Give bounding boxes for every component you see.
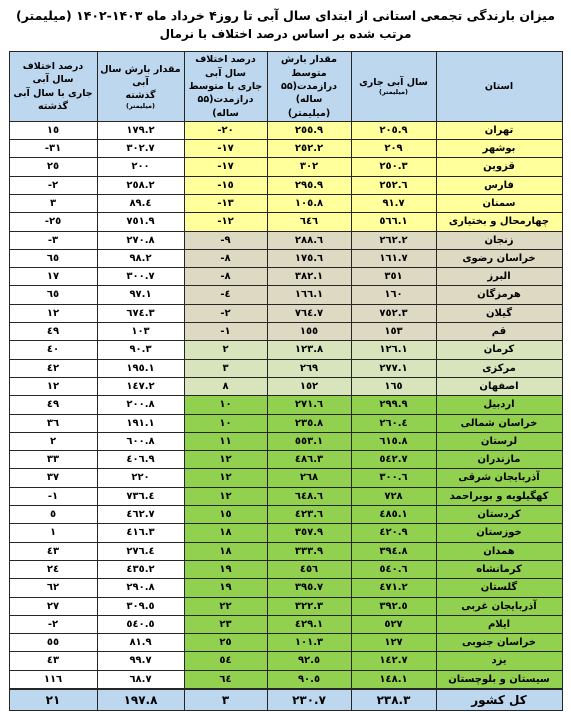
cell-diff-prev: ٢: [9, 432, 97, 450]
cell-province: لرستان: [436, 432, 562, 450]
cell-diff-longterm: ١٢: [184, 451, 267, 469]
table-row: البرز٣٥١٣٨٢.١-٨٣٠٠.٧١٧: [9, 268, 562, 286]
table-row: خراسان رضوی١٦١.٧١٧٥.٦-٨٩٨.٢٦٥: [9, 249, 562, 267]
total-diff-previous-year: ٢١: [9, 689, 97, 711]
cell-prev-year: ٩٠.٣: [97, 341, 184, 359]
cell-province: البرز: [436, 268, 562, 286]
report-titles: میزان بارندگی تجمعی استانی از ابتدای سال…: [0, 0, 571, 44]
cell-diff-prev: -٢: [9, 615, 97, 633]
cell-diff-prev: ٤٩: [9, 396, 97, 414]
cell-diff-longterm: ١٢: [184, 469, 267, 487]
total-previous-year: ١٩٧.٨: [97, 689, 184, 711]
table-row: هرمزگان١٦٠١٦٦.١-٤٩٧.١٦٥: [9, 286, 562, 304]
cell-current: ١٤٨.١: [351, 670, 436, 689]
table-row: قزوین٢٥٠.٣٣٠٢-١٧٢٠٠٢٥: [9, 158, 562, 176]
cell-province: تهران: [436, 121, 562, 139]
cell-current: ١٦٥: [351, 377, 436, 395]
cell-diff-longterm: ١٨: [184, 542, 267, 560]
table-row: کردستان٤٨٥.١٤٢٣.٦١٥٤٦٢.٧٥: [9, 506, 562, 524]
cell-longterm: ٦٤٨.٦: [267, 487, 351, 505]
cell-diff-longterm: -١٧: [184, 158, 267, 176]
cell-province: گلستان: [436, 579, 562, 597]
col-header-current-year: سال آبی جاری (میلیمتر): [351, 52, 436, 121]
cell-longterm: ١٠١.٣: [267, 634, 351, 652]
cell-diff-longterm: -١٧: [184, 140, 267, 158]
cell-diff-prev: ١٢: [9, 304, 97, 322]
cell-province: ایلام: [436, 615, 562, 633]
table-row: مرکزی٢٧٧.١٢٦٩٣١٩٥.١٤٢: [9, 359, 562, 377]
cell-diff-longterm: ١٩: [184, 579, 267, 597]
cell-province: سمنان: [436, 194, 562, 212]
cell-prev-year: ٢٠٠.٨: [97, 396, 184, 414]
cell-current: ٣٠٠.٦: [351, 469, 436, 487]
cell-diff-prev: ٢٥: [9, 158, 97, 176]
cell-prev-year: ٩٨.٢: [97, 249, 184, 267]
total-diff-longterm: ٣: [184, 689, 267, 711]
cell-province: فارس: [436, 176, 562, 194]
cell-diff-longterm: ١٥: [184, 506, 267, 524]
col-header-diff-previous-year: درصد اختلاف سال آبی جاری با سال آبی گذشت…: [9, 52, 97, 121]
cell-prev-year: ٣٠٩.٥: [97, 597, 184, 615]
cell-longterm: ٣٠٢: [267, 158, 351, 176]
cell-province: قزوین: [436, 158, 562, 176]
cell-longterm: ٣٩٥.٧: [267, 579, 351, 597]
cell-prev-year: ٣٠٠.٧: [97, 268, 184, 286]
cell-prev-year: ٩٧.١: [97, 286, 184, 304]
rainfall-table: استان سال آبی جاری (میلیمتر) مقدار بارش …: [9, 51, 563, 711]
cell-current: ٢٥٢.٦: [351, 176, 436, 194]
table-row: همدان٣٩٤.٨٣٣٣.٩١٨٢٧٦.٤٤٣: [9, 542, 562, 560]
table-header: استان سال آبی جاری (میلیمتر) مقدار بارش …: [9, 52, 562, 121]
cell-prev-year: ٥٤٠.٥: [97, 615, 184, 633]
cell-diff-prev: ٢٧: [9, 597, 97, 615]
cell-prev-year: ٨٩.٤: [97, 194, 184, 212]
cell-longterm: ٢٨٨.٦: [267, 231, 351, 249]
cell-diff-prev: ٤٢: [9, 359, 97, 377]
cell-diff-longterm: -١٣: [184, 194, 267, 212]
cell-longterm: ٦٤٦: [267, 213, 351, 231]
cell-prev-year: ١٩١.١: [97, 414, 184, 432]
cell-province: کهگیلویه و بویراحمد: [436, 487, 562, 505]
cell-diff-prev: ٦٥: [9, 286, 97, 304]
table-row: فارس٢٥٢.٦٢٩٥.٩-١٥٢٥٨.٢-٢: [9, 176, 562, 194]
cell-longterm: ١٥٢: [267, 377, 351, 395]
cell-diff-longterm: -٩: [184, 231, 267, 249]
cell-current: ٢٦٠.٤: [351, 414, 436, 432]
cell-prev-year: ٢٢٠: [97, 469, 184, 487]
cell-current: ٣٥١: [351, 268, 436, 286]
table-row: کرمانشاه٥٤٠.٦٤٥٦١٩٤٣٥.٢٢٤: [9, 560, 562, 578]
cell-longterm: ٩٢.٥: [267, 652, 351, 670]
table-row: اصفهان١٦٥١٥٢٨١٤٧.٢١٢: [9, 377, 562, 395]
cell-prev-year: ١٠٣: [97, 323, 184, 341]
table-row: زنجان٢٦٢.٢٢٨٨.٦-٩٢٧٠.٨-٣: [9, 231, 562, 249]
cell-prev-year: ٧٣٦.٤: [97, 487, 184, 505]
table-row: کرمان١٢٦.١١٢٣.٨٢٩٠.٣٤٠: [9, 341, 562, 359]
cell-prev-year: ٦٨.٧: [97, 670, 184, 689]
cell-diff-prev: -٣١: [9, 140, 97, 158]
cell-province: آذربایجان غربی: [436, 597, 562, 615]
cell-prev-year: ٢٧٦.٤: [97, 542, 184, 560]
cell-longterm: ٧٦٤.٧: [267, 304, 351, 322]
table-row: آذربایجان شرقی٣٠٠.٦٢٦٨١٢٢٢٠٣٧: [9, 469, 562, 487]
cell-prev-year: ١٧٩.٢: [97, 121, 184, 139]
table-row: چهارمحال و بختیاری٥٦٦.١٦٤٦-١٢٧٥١.٩-٢٥: [9, 213, 562, 231]
cell-diff-longterm: ٢٥: [184, 634, 267, 652]
cell-current: ٣٩٢.٥: [351, 597, 436, 615]
cell-diff-prev: -١: [9, 487, 97, 505]
cell-diff-prev: ٤٩: [9, 323, 97, 341]
cell-diff-longterm: ٢: [184, 341, 267, 359]
cell-prev-year: ٢٧٠.٨: [97, 231, 184, 249]
cell-province: خوزستان: [436, 524, 562, 542]
cell-diff-longterm: ١٢: [184, 487, 267, 505]
cell-prev-year: ٢٩٠.٨: [97, 579, 184, 597]
cell-province: همدان: [436, 542, 562, 560]
table-footer: کل کشور ٢٣٨.٣ ٢٣٠.٧ ٣ ١٩٧.٨ ٢١: [9, 689, 562, 711]
cell-diff-longterm: ٥٤: [184, 652, 267, 670]
cell-current: ٢٧٧.١: [351, 359, 436, 377]
table-row: تهران٢٠٥.٩٢٥٥.٩-٢٠١٧٩.٢١٥: [9, 121, 562, 139]
cell-longterm: ١٠٥.٨: [267, 194, 351, 212]
cell-diff-prev: ١٧: [9, 268, 97, 286]
cell-current: ١٢٧: [351, 634, 436, 652]
cell-prev-year: ٧٥١.٩: [97, 213, 184, 231]
cell-current: ٢٠٥.٩: [351, 121, 436, 139]
cell-prev-year: ٤٠٦.٩: [97, 451, 184, 469]
cell-diff-longterm: -٤: [184, 286, 267, 304]
cell-current: ٢٦٢.٢: [351, 231, 436, 249]
cell-diff-longterm: ٢٢: [184, 597, 267, 615]
table-row: گلستان٤٧١.٢٣٩٥.٧١٩٢٩٠.٨٦٢: [9, 579, 562, 597]
cell-province: یزد: [436, 652, 562, 670]
table-row: قم١٥٣١٥٥-١١٠٣٤٩: [9, 323, 562, 341]
cell-diff-prev: ١٢: [9, 377, 97, 395]
page-subtitle: مرتب شده بر اساس درصد اختلاف با نرمال: [0, 25, 571, 44]
cell-province: کرمانشاه: [436, 560, 562, 578]
cell-longterm: ٣٣٣.٩: [267, 542, 351, 560]
cell-diff-longterm: ١٩: [184, 560, 267, 578]
cell-diff-prev: ٣٦: [9, 414, 97, 432]
cell-diff-prev: ٢٤: [9, 560, 97, 578]
total-row: کل کشور ٢٣٨.٣ ٢٣٠.٧ ٣ ١٩٧.٨ ٢١: [9, 689, 562, 711]
cell-current: ١٤٢.٧: [351, 652, 436, 670]
total-current-year: ٢٣٨.٣: [351, 689, 436, 711]
cell-province: سیستان و بلوچستان: [436, 670, 562, 689]
table-row: اردبیل٢٩٩.٩٢٧١.٦١٠٢٠٠.٨٤٩: [9, 396, 562, 414]
cell-diff-longterm: ١٠: [184, 396, 267, 414]
table-row: یزد١٤٢.٧٩٢.٥٥٤٩٩.٧٤٣: [9, 652, 562, 670]
cell-longterm: ٤٢٣.٦: [267, 506, 351, 524]
cell-current: ٧٥٢.٣: [351, 304, 436, 322]
table-row: خوزستان٤٢٠.٩٣٥٧.٩١٨٤١٦.٣١: [9, 524, 562, 542]
cell-longterm: ٣٨٢.١: [267, 268, 351, 286]
cell-prev-year: ٣٠٢.٧: [97, 140, 184, 158]
cell-province: مازندران: [436, 451, 562, 469]
cell-diff-prev: ٣: [9, 194, 97, 212]
cell-longterm: ٤٢٩.١: [267, 615, 351, 633]
cell-diff-longterm: ٣: [184, 359, 267, 377]
cell-prev-year: ٢٠٠: [97, 158, 184, 176]
cell-diff-prev: ٤٣: [9, 652, 97, 670]
table-row: سمنان٩١.٧١٠٥.٨-١٣٨٩.٤٣: [9, 194, 562, 212]
cell-longterm: ٣٥٧.٩: [267, 524, 351, 542]
table-row: مازندران٥٤٢.٧٤٨٦.٣١٢٤٠٦.٩٣٣: [9, 451, 562, 469]
cell-current: ٩١.٧: [351, 194, 436, 212]
cell-diff-longterm: ٦٤: [184, 670, 267, 689]
cell-current: ٥٤٢.٧: [351, 451, 436, 469]
cell-diff-longterm: ٢٣: [184, 615, 267, 633]
cell-province: بوشهر: [436, 140, 562, 158]
cell-diff-prev: ١١٦: [9, 670, 97, 689]
cell-prev-year: ٤٣٥.٢: [97, 560, 184, 578]
table-body: تهران٢٠٥.٩٢٥٥.٩-٢٠١٧٩.٢١٥بوشهر٢٠٩٢٥٢.٢-١…: [9, 121, 562, 689]
cell-province: گیلان: [436, 304, 562, 322]
cell-province: کردستان: [436, 506, 562, 524]
cell-province: اصفهان: [436, 377, 562, 395]
cell-longterm: ٢٣٥.٨: [267, 414, 351, 432]
cell-longterm: ٩٠.٥: [267, 670, 351, 689]
cell-diff-prev: ٣٧: [9, 469, 97, 487]
cell-current: ٤٢٠.٩: [351, 524, 436, 542]
cell-diff-prev: ٤٣: [9, 542, 97, 560]
cell-province: آذربایجان شرقی: [436, 469, 562, 487]
cell-longterm: ١٦٦.١: [267, 286, 351, 304]
cell-current: ٥٤٠.٦: [351, 560, 436, 578]
cell-current: ٥٢٧: [351, 615, 436, 633]
table-row: لرستان٦١٥.٨٥٥٣.١١١٦٠٠.٨٢: [9, 432, 562, 450]
cell-province: چهارمحال و بختیاری: [436, 213, 562, 231]
cell-current: ١٢٦.١: [351, 341, 436, 359]
cell-current: ١٦١.٧: [351, 249, 436, 267]
cell-prev-year: ٨١.٩: [97, 634, 184, 652]
cell-diff-prev: ١٥: [9, 121, 97, 139]
cell-diff-prev: ٥٥: [9, 634, 97, 652]
cell-diff-prev: ٣٣: [9, 451, 97, 469]
cell-diff-prev: ١: [9, 524, 97, 542]
cell-longterm: ٢٥٥.٩: [267, 121, 351, 139]
cell-prev-year: ٤١٦.٣: [97, 524, 184, 542]
cell-prev-year: ١٤٧.٢: [97, 377, 184, 395]
cell-prev-year: ٤٦٢.٧: [97, 506, 184, 524]
cell-diff-longterm: -٨: [184, 249, 267, 267]
cell-longterm: ٢٥٢.٢: [267, 140, 351, 158]
total-label: کل کشور: [436, 689, 562, 711]
table-row: بوشهر٢٠٩٢٥٢.٢-١٧٣٠٢.٧-٣١: [9, 140, 562, 158]
cell-diff-prev: -٢: [9, 176, 97, 194]
table-row: خراسان جنوبی١٢٧١٠١.٣٢٥٨١.٩٥٥: [9, 634, 562, 652]
cell-diff-longterm: ٨: [184, 377, 267, 395]
table-row: کهگیلویه و بویراحمد٧٢٨٦٤٨.٦١٢٧٣٦.٤-١: [9, 487, 562, 505]
cell-prev-year: ١٩٥.١: [97, 359, 184, 377]
col-header-longterm-average: مقدار بارش متوسط درازمدت(۵۵ ساله) (میلیم…: [267, 52, 351, 121]
report-page: میزان بارندگی تجمعی استانی از ابتدای سال…: [0, 0, 571, 712]
cell-diff-longterm: -١: [184, 323, 267, 341]
cell-province: قم: [436, 323, 562, 341]
table-row: آذربایجان غربی٣٩٢.٥٣٢٢.٣٢٢٣٠٩.٥٢٧: [9, 597, 562, 615]
cell-diff-longterm: -٢٠: [184, 121, 267, 139]
cell-prev-year: ٦٠٠.٨: [97, 432, 184, 450]
cell-current: ٢٠٩: [351, 140, 436, 158]
cell-province: اردبیل: [436, 396, 562, 414]
cell-longterm: ١٢٣.٨: [267, 341, 351, 359]
cell-current: ٧٢٨: [351, 487, 436, 505]
cell-current: ٢٥٠.٣: [351, 158, 436, 176]
cell-province: کرمان: [436, 341, 562, 359]
cell-diff-longterm: -٢: [184, 304, 267, 322]
cell-province: خراسان رضوی: [436, 249, 562, 267]
cell-current: ١٥٣: [351, 323, 436, 341]
cell-diff-prev: -٢٥: [9, 213, 97, 231]
cell-province: خراسان جنوبی: [436, 634, 562, 652]
table-row: گیلان٧٥٢.٣٧٦٤.٧-٢٦٧٤.٣١٢: [9, 304, 562, 322]
cell-longterm: ٢٦٨: [267, 469, 351, 487]
cell-current: ٣٩٤.٨: [351, 542, 436, 560]
cell-province: هرمزگان: [436, 286, 562, 304]
cell-prev-year: ٢٥٨.٢: [97, 176, 184, 194]
cell-diff-longterm: ١٨: [184, 524, 267, 542]
cell-longterm: ٢٩٥.٩: [267, 176, 351, 194]
cell-longterm: ٤٥٦: [267, 560, 351, 578]
cell-longterm: ١٧٥.٦: [267, 249, 351, 267]
cell-longterm: ٢٧١.٦: [267, 396, 351, 414]
cell-diff-longterm: ١١: [184, 432, 267, 450]
cell-current: ٦١٥.٨: [351, 432, 436, 450]
cell-diff-prev: -٣: [9, 231, 97, 249]
cell-longterm: ٢٦٩: [267, 359, 351, 377]
cell-diff-longterm: ١٠: [184, 414, 267, 432]
cell-current: ١٦٠: [351, 286, 436, 304]
cell-prev-year: ٩٩.٧: [97, 652, 184, 670]
cell-longterm: ٥٥٣.١: [267, 432, 351, 450]
cell-longterm: ٤٨٦.٣: [267, 451, 351, 469]
cell-current: ٤٧١.٢: [351, 579, 436, 597]
table-row: خراسان شمالی٢٦٠.٤٢٣٥.٨١٠١٩١.١٣٦: [9, 414, 562, 432]
col-header-previous-year: مقدار بارش سال آبی گذشته (میلیمتر): [97, 52, 184, 121]
cell-diff-longterm: -١٥: [184, 176, 267, 194]
table-row: ایلام٥٢٧٤٢٩.١٢٣٥٤٠.٥-٢: [9, 615, 562, 633]
page-title: میزان بارندگی تجمعی استانی از ابتدای سال…: [0, 7, 571, 25]
cell-diff-prev: ٦٢: [9, 579, 97, 597]
cell-province: زنجان: [436, 231, 562, 249]
cell-diff-prev: ٦٥: [9, 249, 97, 267]
cell-current: ٥٦٦.١: [351, 213, 436, 231]
cell-province: خراسان شمالی: [436, 414, 562, 432]
cell-diff-prev: ٤٠: [9, 341, 97, 359]
cell-diff-prev: ٥: [9, 506, 97, 524]
col-header-province: استان: [436, 52, 562, 121]
cell-diff-longterm: -٨: [184, 268, 267, 286]
cell-longterm: ١٥٥: [267, 323, 351, 341]
cell-current: ٢٩٩.٩: [351, 396, 436, 414]
cell-current: ٤٨٥.١: [351, 506, 436, 524]
cell-province: مرکزی: [436, 359, 562, 377]
table-row: سیستان و بلوچستان١٤٨.١٩٠.٥٦٤٦٨.٧١١٦: [9, 670, 562, 689]
cell-longterm: ٣٢٢.٣: [267, 597, 351, 615]
cell-diff-longterm: -١٢: [184, 213, 267, 231]
col-header-diff-longterm: درصد اختلاف سال آبی جاری با متوسط درازمد…: [184, 52, 267, 121]
cell-prev-year: ٦٧٤.٣: [97, 304, 184, 322]
total-longterm-average: ٢٣٠.٧: [267, 689, 351, 711]
